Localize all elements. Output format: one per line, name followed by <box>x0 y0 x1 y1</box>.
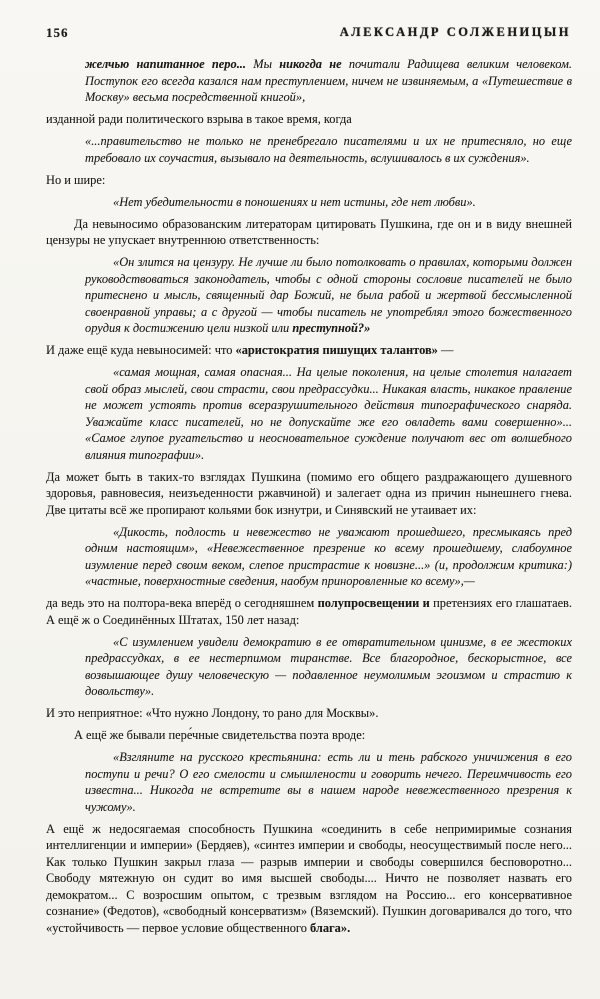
body-paragraph: И даже ещё куда невыносимей: что «аристо… <box>46 342 572 359</box>
text-run: «Дикость, подлость и невежество не уважа… <box>85 525 572 589</box>
text-run: Мы <box>246 57 279 71</box>
quote-paragraph: «Дикость, подлость и невежество не уважа… <box>85 524 572 590</box>
running-header-author: АЛЕКСАНДР СОЛЖЕНИЦЫН <box>340 25 571 40</box>
ink-heavy-text-run: блага». <box>310 921 350 935</box>
quote-paragraph: желчью напитанное перо... Мы никогда не … <box>85 56 572 106</box>
quote-paragraph: «...правительство не только не пренебрег… <box>85 133 572 166</box>
quote-paragraph: «С изумлением увидели демократию в ее от… <box>85 634 572 700</box>
body-paragraph: И это неприятное: «Что нужно Лондону, то… <box>46 705 572 722</box>
text-run: «...правительство не только не пренебрег… <box>85 134 572 165</box>
body-paragraph: Да может быть в таких-то взглядах Пушкин… <box>46 469 572 519</box>
text-run: — <box>438 343 454 357</box>
text-run: А ещё ж недосягаемая способность Пушкина… <box>46 822 572 935</box>
text-run: «самая мощная, самая опасная... На целые… <box>85 365 572 462</box>
scanned-book-page: 156 АЛЕКСАНДР СОЛЖЕНИЦЫН желчью напитанн… <box>0 0 600 999</box>
text-run: «Взгляните на русского крестьянина: есть… <box>85 750 572 814</box>
text-run: да ведь это на полтора-века вперёд о сег… <box>46 596 318 610</box>
ink-heavy-text-run: никогда не <box>279 57 341 71</box>
quote-paragraph: «Взгляните на русского крестьянина: есть… <box>85 749 572 815</box>
text-run: изданной ради политического взрыва в так… <box>46 112 352 126</box>
body-paragraph: Да невыносимо образованским литераторам … <box>46 216 572 249</box>
ink-heavy-text-run: желчью напитанное перо... <box>85 57 246 71</box>
body-paragraph: изданной ради политического взрыва в так… <box>46 111 572 128</box>
body-paragraph: А ещё ж недосягаемая способность Пушкина… <box>46 821 572 937</box>
ink-heavy-text-run: полупросвещении и <box>318 596 430 610</box>
body-paragraph: да ведь это на полтора-века вперёд о сег… <box>46 595 572 628</box>
text-run: И это неприятное: «Что нужно Лондону, то… <box>46 706 378 720</box>
text-run: И даже ещё куда невыносимей: что <box>46 343 236 357</box>
quote-paragraph: «Он злится на цензуру. Не лучше ли было … <box>85 254 572 337</box>
quote-paragraph: «самая мощная, самая опасная... На целые… <box>85 364 572 463</box>
quote-paragraph: «Нет убедительности в поношениях и нет и… <box>85 194 572 211</box>
text-run: «Нет убедительности в поношениях и нет и… <box>113 195 476 209</box>
ink-heavy-text-run: преступной?» <box>292 321 370 335</box>
text-run: Но и шире: <box>46 173 105 187</box>
text-run: Да может быть в таких-то взглядах Пушкин… <box>46 470 572 517</box>
text-run: «С изумлением увидели демократию в ее от… <box>85 635 572 699</box>
ink-heavy-text-run: «аристократия пишущих талантов» <box>236 343 438 357</box>
page-number: 156 <box>46 25 69 41</box>
text-run: А ещё же бывали пере́чные свидетельства … <box>74 728 365 742</box>
body-paragraph: А ещё же бывали пере́чные свидетельства … <box>46 727 572 744</box>
text-run: Да невыносимо образованским литераторам … <box>46 217 572 248</box>
page-text-body: желчью напитанное перо... Мы никогда не … <box>46 56 572 942</box>
body-paragraph: Но и шире: <box>46 172 572 189</box>
